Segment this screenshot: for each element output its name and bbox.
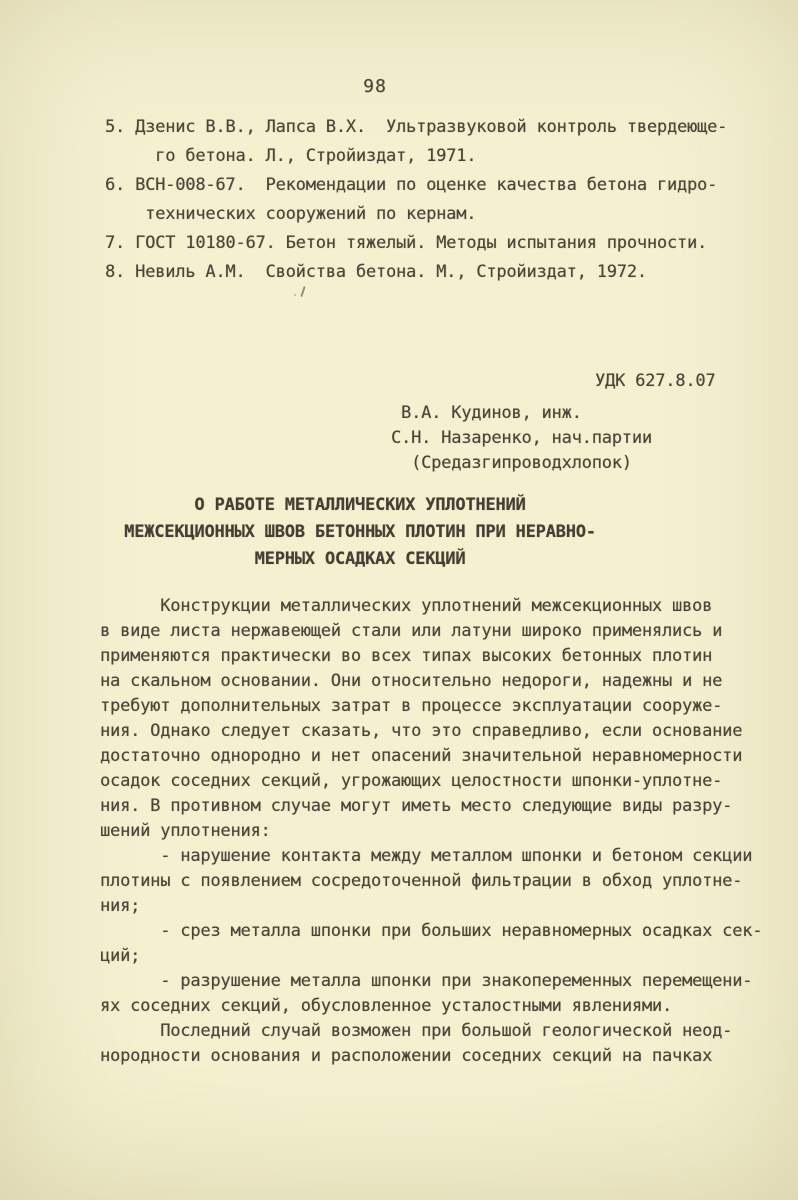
body-line: в виде листа нержавеющей стали или латун… [100, 620, 762, 645]
body-line: ях соседних секций, обусловленное устало… [100, 995, 762, 1020]
body-line: - срез металла шпонки при больших неравн… [100, 920, 762, 945]
author-line: (Средазгипроводхлопок) [391, 452, 652, 477]
body-line: нородности основания и расположении сосе… [100, 1045, 762, 1070]
title-line: О РАБОТЕ МЕТАЛЛИЧЕСКИХ УПЛОТНЕНИЙ [100, 493, 620, 520]
body-line: требуют дополнительных затрат в процессе… [100, 695, 762, 720]
body-line: ния. Однако следует сказать, что это спр… [100, 720, 762, 745]
body-line: применяются практически во всех типах вы… [100, 645, 762, 670]
reference-line: технических сооружений по кернам. [105, 203, 727, 232]
reference-line: 8. Невиль А.М. Свойства бетона. М., Стро… [105, 261, 727, 290]
title-line: МЕРНЫХ ОСАДКАХ СЕКЦИЙ [100, 547, 620, 574]
reference-line: 6. ВСН-008-67. Рекомендации по оценке ка… [105, 174, 727, 203]
page-number: 98 [340, 76, 410, 97]
body-line: осадок соседних секций, угрожающих целос… [100, 770, 762, 795]
body-line: плотины с появлением сосредоточенной фил… [100, 870, 762, 895]
ink-speck [294, 294, 296, 296]
reference-line: го бетона. Л., Стройиздат, 1971. [105, 145, 727, 174]
body-line: - нарушение контакта между металлом шпон… [100, 845, 762, 870]
body-line: ния. В противном случае могут иметь мест… [100, 795, 762, 820]
scanned-document-page: 98 5. Дзенис В.В., Лапса В.Х. Ультразвук… [0, 0, 798, 1200]
reference-line: 5. Дзенис В.В., Лапса В.Х. Ультразвуково… [105, 116, 727, 145]
body-line: шений уплотнения: [100, 820, 762, 845]
body-line: Конструкции металлических уплотнений меж… [100, 595, 762, 620]
reference-line: 7. ГОСТ 10180-67. Бетон тяжелый. Методы … [105, 232, 727, 261]
title-line: МЕЖСЕКЦИОННЫХ ШВОВ БЕТОННЫХ ПЛОТИН ПРИ Н… [100, 520, 620, 547]
udc-code: УДК 627.8.07 [595, 371, 715, 391]
authors-block: В.А. Кудинов, инж.С.Н. Назаренко, нач.па… [391, 402, 652, 477]
author-line: В.А. Кудинов, инж. [391, 402, 652, 427]
article-body: Конструкции металлических уплотнений меж… [100, 595, 762, 1070]
body-line: - разрушение металла шпонки при знакопер… [100, 970, 762, 995]
body-line: Последний случай возможен при большой ге… [100, 1020, 762, 1045]
article-title: О РАБОТЕ МЕТАЛЛИЧЕСКИХ УПЛОТНЕНИЙМЕЖСЕКЦ… [100, 493, 620, 574]
body-line: ций; [100, 945, 762, 970]
body-line: ния; [100, 895, 762, 920]
body-line: достаточно однородно и нет опасений знач… [100, 745, 762, 770]
references-list: 5. Дзенис В.В., Лапса В.Х. Ультразвуково… [105, 116, 727, 290]
author-line: С.Н. Назаренко, нач.партии [391, 427, 652, 452]
body-line: на скальном основании. Они относительно … [100, 670, 762, 695]
